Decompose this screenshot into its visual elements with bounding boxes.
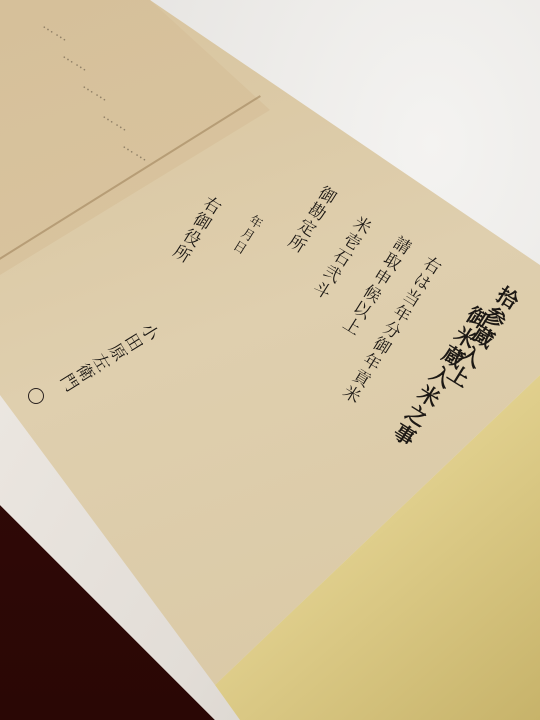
signature: 小田原左衛門 (53, 315, 163, 397)
photo-scene: …… …… …… …… …… 拾参蔵入上 御米蔵入米之事 右は当年分御年貢米 請… (0, 0, 540, 720)
text-column: 右御役所 (165, 190, 226, 268)
seal-mark (28, 388, 44, 404)
text-column: 年月日 (226, 210, 266, 258)
calligraphy-text: 拾参蔵入上 御米蔵入米之事 右は当年分御年貢米 請取申候以上 米壱石弐斗 御勘定… (0, 0, 540, 720)
